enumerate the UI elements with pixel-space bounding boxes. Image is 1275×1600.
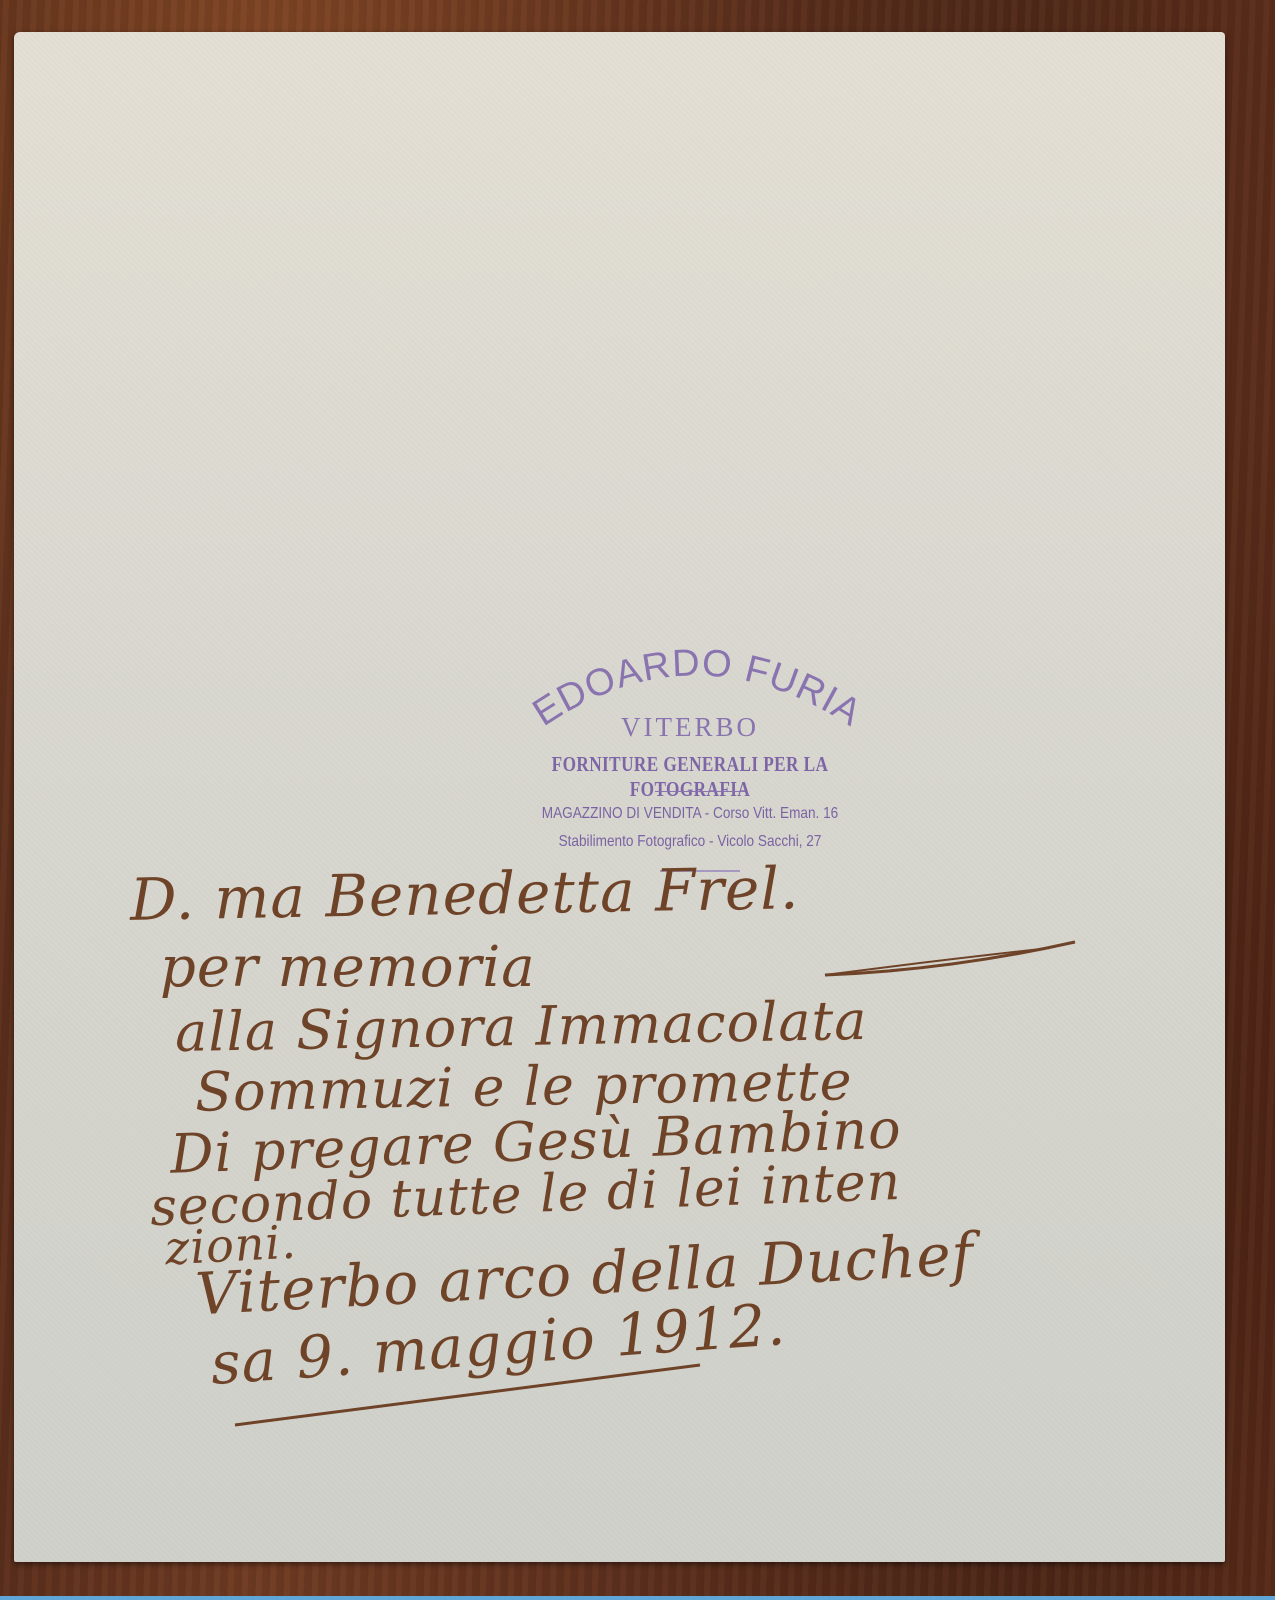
stamp-studio-address: Stabilimento Fotografico - Vicolo Sacchi…: [503, 833, 877, 851]
inscription-line: per memoria: [160, 935, 536, 1000]
stamp-subtitle: FORNITURE GENERALI PER LA FOTOGRAFIA: [497, 752, 882, 802]
inscription-line: D. ma Benedetta Frel.: [129, 854, 799, 934]
stamp-city: VITERBO: [480, 712, 900, 743]
stamp-divider: [655, 791, 745, 792]
date-underline-flourish-icon: [230, 1360, 710, 1430]
signature-flourish-icon: [820, 940, 1080, 980]
stamp-shop-address: MAGAZZINO DI VENDITA - Corso Vitt. Eman.…: [503, 805, 877, 823]
bottom-edge-strip: [0, 1596, 1275, 1600]
